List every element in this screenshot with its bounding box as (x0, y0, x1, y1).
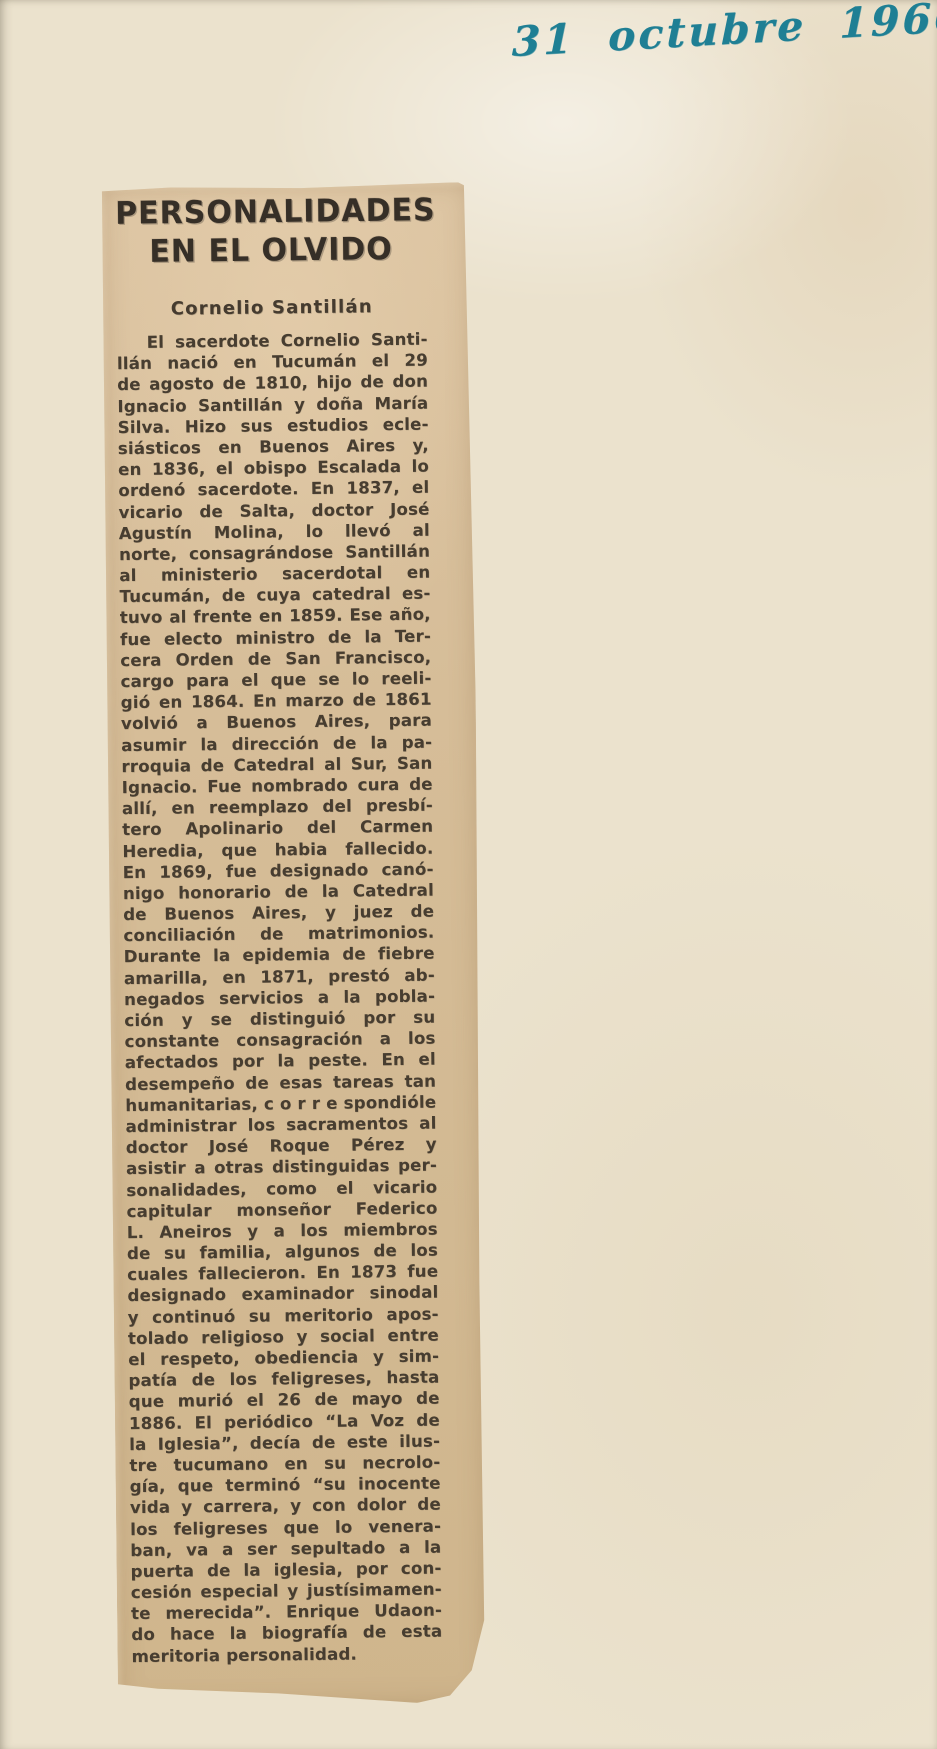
article-line: do hace la biografía de esta (131, 1621, 442, 1646)
article-line: de agosto de 1810, hijo de don (117, 371, 428, 396)
article-body: El sacerdote Cornelio Santi-llán nació e… (117, 329, 443, 1667)
article-line: vida y carrera, y con dolor de (130, 1494, 441, 1519)
clipping-title: PERSONALIDADES EN EL OLVIDO (115, 191, 427, 271)
article-line: meritoria personalidad. (131, 1642, 442, 1667)
article-line: afectados por la peste. En el (125, 1049, 436, 1074)
article-line: ordenó sacerdote. En 1837, el (118, 477, 429, 502)
handwritten-date: 31 octubre 1966 (512, 0, 842, 66)
clipping-title-line1: PERSONALIDADES (115, 191, 426, 233)
news-clipping: PERSONALIDADES EN EL OLVIDO Cornelio San… (101, 182, 487, 1707)
article-line: volvió a Buenos Aires, para (121, 710, 432, 735)
article-line: asistir a otras distinguidas per- (126, 1155, 437, 1180)
clipping-content: PERSONALIDADES EN EL OLVIDO Cornelio San… (101, 182, 487, 1707)
article-line: Durante la epidemia de fiebre (124, 943, 435, 968)
article-line: Heredia, que habia fallecido. (122, 837, 433, 862)
scanned-scrapbook-page: 31 octubre 1966 PERSONALIDADES EN EL OLV… (0, 0, 937, 1749)
clipping-byline: Cornelio Santillán (116, 297, 427, 321)
clipping-title-line2: EN EL OLVIDO (115, 230, 426, 272)
article-line: que murió el 26 de mayo de (129, 1388, 440, 1413)
article-line: designado examinador sinodal (127, 1282, 438, 1307)
article-line: los feligreses que lo venera- (130, 1515, 441, 1540)
article-line: tero Apolinario del Carmen (122, 816, 433, 841)
article-line: tuvo al frente en 1859. Ese año, (120, 604, 431, 629)
